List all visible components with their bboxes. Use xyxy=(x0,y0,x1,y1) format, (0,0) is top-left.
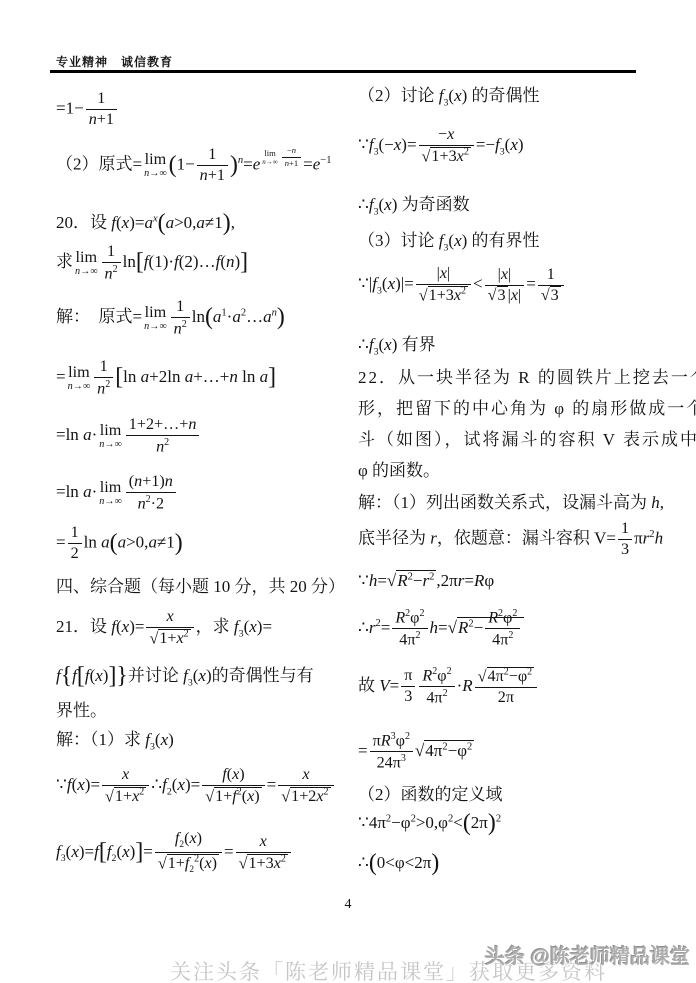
formula-line: ∵f3(−x)=−x√1+3x2=−f3(x) xyxy=(358,126,524,167)
text-line: 斗（如图），试将漏斗的容积 V 表示成中心角 xyxy=(358,429,696,450)
formula-line: 求limn→∞1n2ln[f(1)·f(2)…f(n)] xyxy=(56,243,248,284)
section-heading: 四、综合题（每小题 10 分，共 20 分） xyxy=(56,576,345,597)
formula-line: ∴f3(x) 为奇函数 xyxy=(358,194,470,219)
formula-line: 故 V=π3R2φ24π2·R√4π2−φ22π xyxy=(358,666,539,708)
text-line: 界性。 xyxy=(56,700,107,721)
formula-line: 底半径为 r，依题意：漏斗容积 V=13πr2h xyxy=(358,520,663,559)
header-motto: 专业精神 诚信教育 xyxy=(56,53,173,70)
header-rule xyxy=(50,70,636,73)
page-number: 4 xyxy=(0,897,696,913)
document-page: 专业精神 诚信教育 =1−1n+1 （2）原式=limn→∞(1−1n+1)n=… xyxy=(0,0,696,983)
formula-line: ∵4π2−φ2>0,φ2<(2π)2 xyxy=(358,812,501,836)
formula-line: ∴(0<φ<2π) xyxy=(358,852,439,876)
formula-line: ∴f3(x) 有界 xyxy=(358,334,436,359)
formula-line: =12ln a(a>0,a≠1) xyxy=(56,524,183,563)
text-line: 形，把留下的中心角为 φ 的扇形做成一个漏 xyxy=(358,398,696,419)
formula-line: f3(x)=f[f2(x)]=f2(x)√1+f22(x)=x√1+3x2 xyxy=(56,830,293,876)
text-line: 22．从一块半径为 R 的圆铁片上挖去一个扇 xyxy=(358,367,696,388)
formula-line: =limn→∞1n2[ln a+2ln a+…+n ln a] xyxy=(56,358,276,399)
text-line: φ 的函数。 xyxy=(358,460,440,481)
text-line: 解：（1）列出函数关系式，设漏斗高为 h, xyxy=(358,492,664,513)
formula-line: ∵h=√R2−r2,2πr=Rφ xyxy=(358,570,494,591)
formula-line: =ln a·limn→∞(n+1)nn2·2 xyxy=(56,473,178,514)
formula-line: 21．设 f(x)=x√1+x2，求 f3(x)= xyxy=(56,608,272,649)
formula-line: ∵f(x)=x√1+x2∴f2(x)=f(x)√1+f2(x)=x√1+2x2 xyxy=(56,766,336,807)
formula-line: =1−1n+1 xyxy=(56,90,119,129)
formula-line: （3）讨论 f3(x) 的有界性 xyxy=(358,230,540,255)
formula-line: ∵|f3(x)|=|x|√1+3x2<|x|√3|x|=1√3 xyxy=(358,265,566,306)
formula-line: （2）讨论 f3(x) 的奇偶性 xyxy=(358,85,540,110)
formula-line: （2）原式=limn→∞(1−1n+1)n=elimn→∞−nn+1=e−1 xyxy=(56,146,332,185)
formula-line: ∴r2=R2φ24π2h=√R2−R2φ24π2 xyxy=(358,608,524,650)
watermark-badge: 头条 @陈老师精品课堂 xyxy=(485,940,690,969)
formula-line: 解： 原式=limn→∞1n2ln(a1·a2…an) xyxy=(56,298,285,339)
formula-line: =ln a·limn→∞1+2+…+nn2 xyxy=(56,416,201,457)
formula-line: =πR3φ224π3√4π2−φ2 xyxy=(358,731,474,773)
formula-line: 20．设 f(x)=ax(a>0,a≠1), xyxy=(56,212,235,236)
formula-line: 解：（1）求 f3(x) xyxy=(56,729,174,754)
formula-line: f{f[f(x)]}并讨论 f3(x)的奇偶性与有 xyxy=(56,665,314,690)
formula-line: （2）函数的定义域 xyxy=(358,784,503,805)
